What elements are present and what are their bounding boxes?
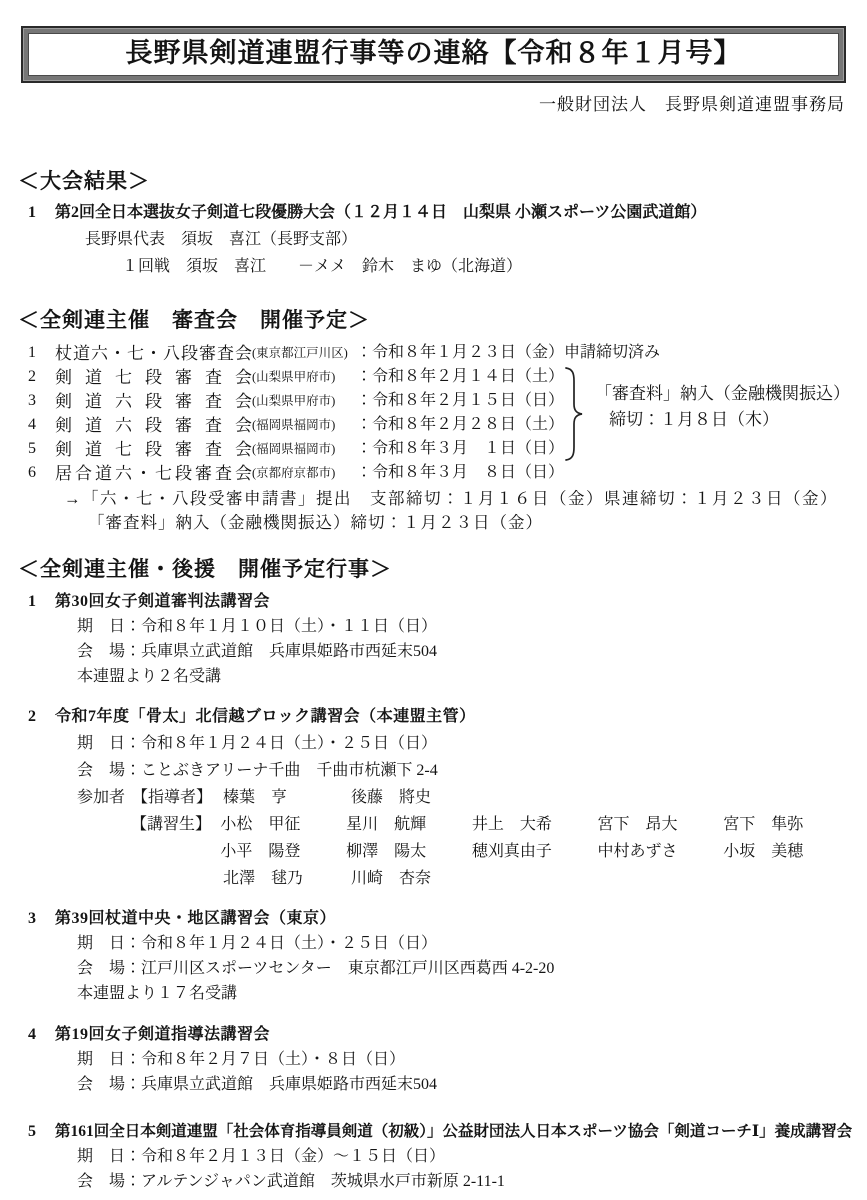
trainee-label: 【講習生】 — [131, 811, 220, 838]
event-number: 2 — [28, 703, 55, 730]
results-heading: ＜大会結果＞ — [18, 168, 849, 195]
exam-fee-note-line1: 「審査料」納入（金融機関振込） — [595, 381, 849, 407]
event-title: 第39回杖道中央・地区講習会（東京） — [55, 910, 336, 927]
trainee-name: 中村あずさ — [598, 838, 724, 865]
event-title-line: 5第161回全日本剣道連盟「社会体育指導員剣道（初級）」公益財団法人日本スポーツ… — [18, 1119, 849, 1144]
event-item: 2令和7年度「骨太」北信越ブロック講習会（本連盟主管） 期 日：令和８年１月２４… — [18, 703, 849, 892]
exam-row-number: 5 — [28, 437, 55, 460]
exam-row-number: 1 — [28, 341, 55, 364]
events-section: ＜全剣連主催・後援 開催予定行事＞ 1第30回女子剣道審判法講習会 期 日：令和… — [18, 556, 849, 1200]
trainee-name: 宮下 隼弥 — [723, 811, 849, 838]
exam-name: 剣 道 六 段 審 査 会 — [55, 414, 252, 437]
trainee-name: 小平 陽登 — [220, 838, 346, 865]
trainee-name: 井上 大希 — [472, 811, 598, 838]
exam-location: (山梨県甲府市) — [252, 366, 356, 389]
exam-footnote-2: 「審査料」納入（金融機関振込）締切：１月２３日（金） — [88, 511, 849, 535]
document-page: 長野県剣道連盟行事等の連絡【令和８年１月号】 一般財団法人 長野県剣道連盟事務局… — [0, 0, 867, 1200]
instructor-label: 【指導者】 — [132, 784, 223, 811]
participants-label-spacer — [77, 811, 131, 838]
exam-row-number: 6 — [28, 461, 55, 484]
exam-fee-note-line2: 締切：１月８日（木） — [595, 407, 849, 433]
trainee-name: 星川 航輝 — [346, 811, 472, 838]
trainee-name: 小松 甲征 — [220, 811, 346, 838]
trainee-label-spacer — [131, 838, 220, 865]
trainee-name: 川崎 杏奈 — [351, 865, 479, 892]
exam-row: 6居合道六・七段審査会(京都府京都市)：令和８年３月 ８日（日） — [18, 461, 849, 485]
event-date-line: 期 日：令和８年１月２４日（土）・２５日（日） — [18, 730, 849, 757]
exam-name: 杖道六・七・八段審査会 — [55, 342, 252, 365]
participants-instructor-row: 参加者【指導者】榛葉 亨後藤 將史 — [18, 784, 849, 811]
event-venue-line: 会 場：江戸川区スポーツセンター 東京都江戸川区西葛西 4-2-20 — [18, 956, 849, 981]
event-number: 4 — [28, 1022, 55, 1047]
exam-name: 剣 道 六 段 審 査 会 — [55, 390, 252, 413]
results-item-line: 1第2回全日本選抜女子剣道七段優勝大会（１２月１４日 山梨県 小瀬スポーツ公園武… — [18, 199, 849, 226]
exam-name: 居合道六・七段審査会 — [55, 462, 252, 485]
results-representative: 長野県代表 須坂 喜江（長野支部） — [18, 226, 849, 253]
exam-section: ＜全剣連主催 審査会 開催予定＞ 1杖道六・七・八段審査会(東京都江戸川区)：令… — [18, 307, 849, 535]
event-number: 5 — [28, 1119, 55, 1144]
title-box: 長野県剣道連盟行事等の連絡【令和８年１月号】 — [21, 26, 846, 83]
participants-label-spacer — [77, 838, 131, 865]
results-item-number: 1 — [28, 199, 55, 226]
event-title: 第19回女子剣道指導法講習会 — [55, 1026, 270, 1043]
exam-date: ：令和８年２月２８日（土） — [356, 416, 564, 433]
exam-location: (山梨県甲府市) — [252, 390, 356, 413]
event-venue-line: 会 場：兵庫県立武道館 兵庫県姫路市西延末504 — [18, 639, 849, 664]
exam-location: (京都府京都市) — [252, 462, 356, 485]
exam-row-number: 2 — [28, 365, 55, 388]
event-item: 3第39回杖道中央・地区講習会（東京） 期 日：令和８年１月２４日（土）・２５日… — [18, 906, 849, 1006]
exam-date: ：令和８年２月１５日（日） — [356, 392, 564, 409]
event-venue-line: 会 場：ことぶきアリーナ千曲 千曲市杭瀬下 2-4 — [18, 757, 849, 784]
event-note-line: 本連盟より１７名受講 — [18, 981, 849, 1006]
exam-row: 1杖道六・七・八段審査会(東京都江戸川区)：令和８年１月２３日（金）申請締切済み — [18, 341, 849, 365]
trainee-name: 柳澤 陽太 — [346, 838, 472, 865]
title-box-inner: 長野県剣道連盟行事等の連絡【令和８年１月号】 — [28, 33, 839, 76]
event-number: 1 — [28, 589, 55, 614]
participants-label: 参加者 — [77, 784, 132, 811]
event-title: 令和7年度「骨太」北信越ブロック講習会（本連盟主管） — [55, 708, 476, 725]
trainee-name: 北澤 毬乃 — [223, 865, 351, 892]
trainee-name: 穂刈真由子 — [472, 838, 598, 865]
exam-date: ：令和８年１月２３日（金）申請締切済み — [356, 344, 660, 361]
event-venue-line: 会 場：兵庫県立武道館 兵庫県姫路市西延末504 — [18, 1072, 849, 1097]
event-venue-line: 会 場：アルテンジャパン武道館 茨城県水戸市新原 2-11-1 — [18, 1169, 849, 1194]
exam-footnote-1: →「六・七・八段受審申請書」提出 支部締切：１月１６日（金）県連締切：１月２３日… — [64, 487, 849, 511]
event-item: 5第161回全日本剣道連盟「社会体育指導員剣道（初級）」公益財団法人日本スポーツ… — [18, 1119, 849, 1194]
exam-fee-note: 「審査料」納入（金融機関振込） 締切：１月８日（木） — [595, 381, 849, 433]
exam-heading: ＜全剣連主催 審査会 開催予定＞ — [18, 307, 849, 334]
event-title-line: 4第19回女子剣道指導法講習会 — [18, 1022, 849, 1047]
exam-row-number: 4 — [28, 413, 55, 436]
results-first-round: １回戦 須坂 喜江 －メメ 鈴木 まゆ（北海道） — [18, 253, 849, 280]
participants-trainee-row: 小平 陽登柳澤 陽太穂刈真由子中村あずさ小坂 美穂 — [18, 838, 849, 865]
event-item: 1第30回女子剣道審判法講習会 期 日：令和８年１月１０日（土）・１１日（日） … — [18, 589, 849, 689]
exam-location: (福岡県福岡市) — [252, 414, 356, 437]
instructor-name: 榛葉 亨 — [223, 784, 351, 811]
participants-label-spacer — [77, 865, 132, 892]
event-date-line: 期 日：令和８年１月２４日（土）・２５日（日） — [18, 931, 849, 956]
exam-row-number: 3 — [28, 389, 55, 412]
event-item: 4第19回女子剣道指導法講習会 期 日：令和８年２月７日（土）・８日（日） 会 … — [18, 1022, 849, 1097]
trainee-label-spacer — [132, 865, 223, 892]
events-heading: ＜全剣連主催・後援 開催予定行事＞ — [18, 556, 849, 583]
exam-date: ：令和８年３月 ８日（日） — [356, 464, 564, 481]
event-title-line: 2令和7年度「骨太」北信越ブロック講習会（本連盟主管） — [18, 703, 849, 730]
event-date-line: 期 日：令和８年２月７日（土）・８日（日） — [18, 1047, 849, 1072]
trainee-name: 小坂 美穂 — [723, 838, 849, 865]
trainee-name: 宮下 昂大 — [598, 811, 724, 838]
event-title: 第30回女子剣道審判法講習会 — [55, 593, 270, 610]
event-title: 第161回全日本剣道連盟「社会体育指導員剣道（初級）」公益財団法人日本スポーツ協… — [55, 1123, 852, 1140]
event-number: 3 — [28, 906, 55, 931]
exam-location: (東京都江戸川区) — [252, 342, 356, 365]
brace-bracket — [563, 366, 585, 462]
exam-name: 剣 道 七 段 審 査 会 — [55, 438, 252, 461]
event-title-line: 1第30回女子剣道審判法講習会 — [18, 589, 849, 614]
event-date-line: 期 日：令和８年２月１３日（金）～１５日（日） — [18, 1144, 849, 1169]
event-note-line: 本連盟より２名受講 — [18, 664, 849, 689]
event-date-line: 期 日：令和８年１月１０日（土）・１１日（日） — [18, 614, 849, 639]
results-section: ＜大会結果＞ 1第2回全日本選抜女子剣道七段優勝大会（１２月１４日 山梨県 小瀬… — [18, 168, 849, 280]
event-title-line: 3第39回杖道中央・地区講習会（東京） — [18, 906, 849, 931]
results-item-title: 第2回全日本選抜女子剣道七段優勝大会（１２月１４日 山梨県 小瀬スポーツ公園武道… — [55, 204, 706, 221]
issuer-line: 一般財団法人 長野県剣道連盟事務局 — [0, 90, 845, 115]
participants-trainee-row: 【講習生】小松 甲征星川 航輝井上 大希宮下 昂大宮下 隼弥 — [18, 811, 849, 838]
page-title: 長野県剣道連盟行事等の連絡【令和８年１月号】 — [35, 37, 832, 69]
exam-name: 剣 道 七 段 審 査 会 — [55, 366, 252, 389]
exam-date: ：令和８年２月１４日（土） — [356, 368, 564, 385]
exam-location: (福岡県福岡市) — [252, 438, 356, 461]
instructor-name: 後藤 將史 — [351, 784, 479, 811]
exam-row: 5剣 道 七 段 審 査 会(福岡県福岡市)：令和８年３月 １日（日） — [18, 437, 849, 461]
exam-date: ：令和８年３月 １日（日） — [356, 440, 564, 457]
participants-trainee-row: 北澤 毬乃川崎 杏奈 — [18, 865, 849, 892]
